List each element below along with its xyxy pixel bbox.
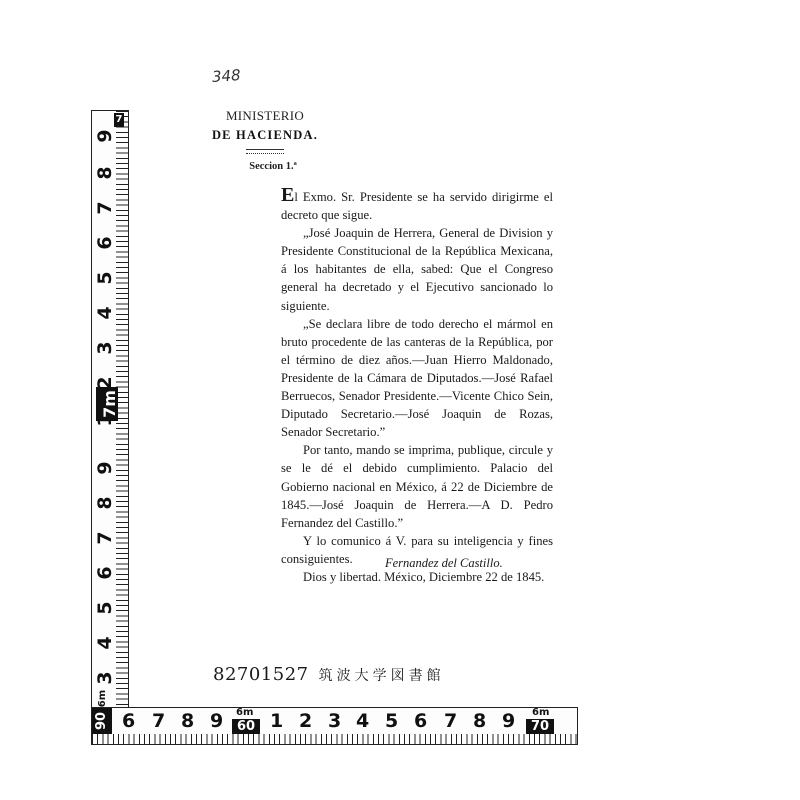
ruler-label: 4 — [94, 632, 116, 654]
ruler-mid-badge: 60 — [232, 719, 260, 734]
ruler-label: 1 — [270, 710, 283, 732]
ruler-label: 6 — [414, 710, 427, 732]
ruler-mid-prefix: 6m — [236, 707, 253, 718]
ruler-label: 9 — [502, 710, 515, 732]
ruler-label: 2 — [299, 710, 312, 732]
library-stamp: 82701527 筑波大学図書館 — [213, 664, 445, 685]
paragraph-decree: „Se declara libre de todo derecho el már… — [281, 315, 553, 442]
decree-body: El Exmo. Sr. Presidente se ha servido di… — [281, 188, 553, 586]
ruler-bottom-prefix: 6m — [97, 690, 108, 707]
ruler-label: 5 — [385, 710, 398, 732]
horizontal-ruler-ticks — [92, 734, 577, 744]
ruler-label: 4 — [356, 710, 369, 732]
ruler-label: 3 — [94, 337, 116, 359]
catalog-number: 82701527 — [213, 664, 309, 685]
ruler-mid-badge: 7m — [96, 387, 118, 421]
ruler-label: 8 — [94, 492, 116, 514]
ruler-label: 9 — [210, 710, 223, 732]
handwritten-page-number: 348 — [211, 66, 241, 86]
ruler-label: 3 — [94, 667, 116, 689]
ruler-label: 9 — [94, 125, 116, 147]
ministry-title: MINISTERIO — [190, 108, 340, 124]
scanned-document-page: 348 MINISTERIO DE HACIENDA. Seccion 1.ª … — [0, 0, 800, 800]
ruler-label: 5 — [94, 267, 116, 289]
ruler-label: 8 — [94, 162, 116, 184]
section-label: Seccion 1.ª — [206, 161, 340, 172]
ruler-label: 4 — [94, 302, 116, 324]
ruler-label: 5 — [94, 597, 116, 619]
ruler-end-badge: 70 — [526, 719, 554, 734]
ruler-label: 9 — [94, 457, 116, 479]
ornament-divider — [246, 149, 284, 154]
paragraph-herrera: „José Joaquin de Herrera, General de Div… — [281, 224, 553, 314]
ruler-label: 7 — [94, 197, 116, 219]
ruler-label: 3 — [328, 710, 341, 732]
paragraph-publication: Por tanto, mando se imprima, publique, c… — [281, 441, 553, 531]
ruler-label: 7 — [152, 710, 165, 732]
horizontal-measuring-ruler: 90 6 7 8 9 6m 60 1 2 3 4 5 6 7 8 9 6m 70 — [91, 707, 578, 745]
library-name: 筑波大学図書館 — [319, 665, 445, 685]
ruler-end-prefix: 6m — [532, 707, 549, 718]
ruler-label: 8 — [181, 710, 194, 732]
ruler-label: 8 — [473, 710, 486, 732]
document-header: MINISTERIO DE HACIENDA. Seccion 1.ª — [190, 108, 340, 172]
paragraph-intro: El Exmo. Sr. Presidente se ha servido di… — [281, 188, 553, 224]
ruler-label: 6 — [122, 710, 135, 732]
ruler-label: 6 — [94, 232, 116, 254]
ruler-corner-badge: 90 — [92, 708, 112, 734]
department-title: DE HACIENDA. — [190, 128, 340, 143]
ruler-label: 6 — [94, 562, 116, 584]
ruler-label: 7 — [94, 527, 116, 549]
vertical-ruler-ticks — [116, 111, 128, 734]
ruler-label: 7 — [444, 710, 457, 732]
signature: Fernandez del Castillo. — [385, 556, 503, 571]
vertical-measuring-ruler: 7 9 8 7 6 5 4 3 2 1 7m 9 8 7 6 5 4 3 2 6… — [91, 110, 129, 735]
dropcap: E — [281, 184, 294, 206]
